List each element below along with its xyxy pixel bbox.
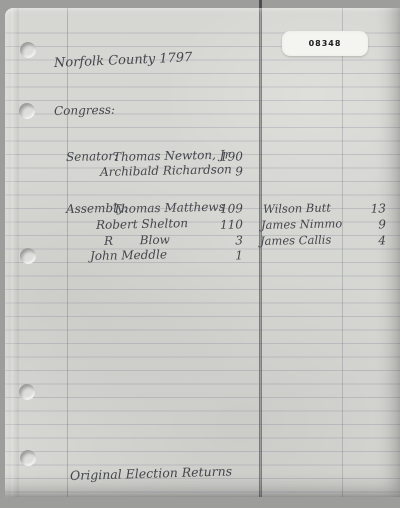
vote-count: 109: [213, 201, 243, 217]
scan-vignette: [5, 8, 400, 497]
archive-number: 08348: [309, 39, 342, 48]
congress-heading: Congress:: [54, 103, 115, 119]
vote-count: 3: [213, 233, 243, 249]
punch-hole: [20, 450, 36, 466]
right-column-line: [342, 8, 343, 497]
punch-hole: [20, 248, 36, 264]
candidate-name: Thomas Matthews: [113, 200, 225, 217]
archive-number-sticker: 08348: [282, 31, 368, 56]
margin-line: [67, 8, 68, 497]
punch-hole: [19, 103, 35, 119]
punch-hole: [19, 384, 35, 400]
ledger-page: 08348 Norfolk County 1797 Congress: Sena…: [5, 8, 400, 497]
paper-edge-crease: [11, 8, 19, 497]
center-divider-line: [259, 8, 262, 497]
candidate-name: James Callis: [260, 233, 332, 249]
vote-count: 13: [356, 201, 386, 217]
candidate-name: Wilson Butt: [263, 201, 331, 217]
vote-count: 9: [356, 217, 386, 233]
punch-hole: [20, 42, 36, 58]
vote-count: 4: [356, 233, 386, 249]
county-year-title: Norfolk County 1797: [54, 50, 193, 71]
ruled-lines: [5, 20, 400, 497]
senator-label: Senator:: [66, 149, 118, 165]
vote-count: 110: [213, 217, 243, 233]
candidate-name: James Nimmo: [261, 216, 343, 233]
candidate-name: John Meddle: [90, 247, 167, 264]
vote-count: 9: [213, 164, 243, 180]
footer-note: Original Election Returns: [70, 463, 232, 483]
candidate-name: Robert Shelton: [96, 216, 188, 233]
vote-count: 1: [213, 248, 243, 264]
